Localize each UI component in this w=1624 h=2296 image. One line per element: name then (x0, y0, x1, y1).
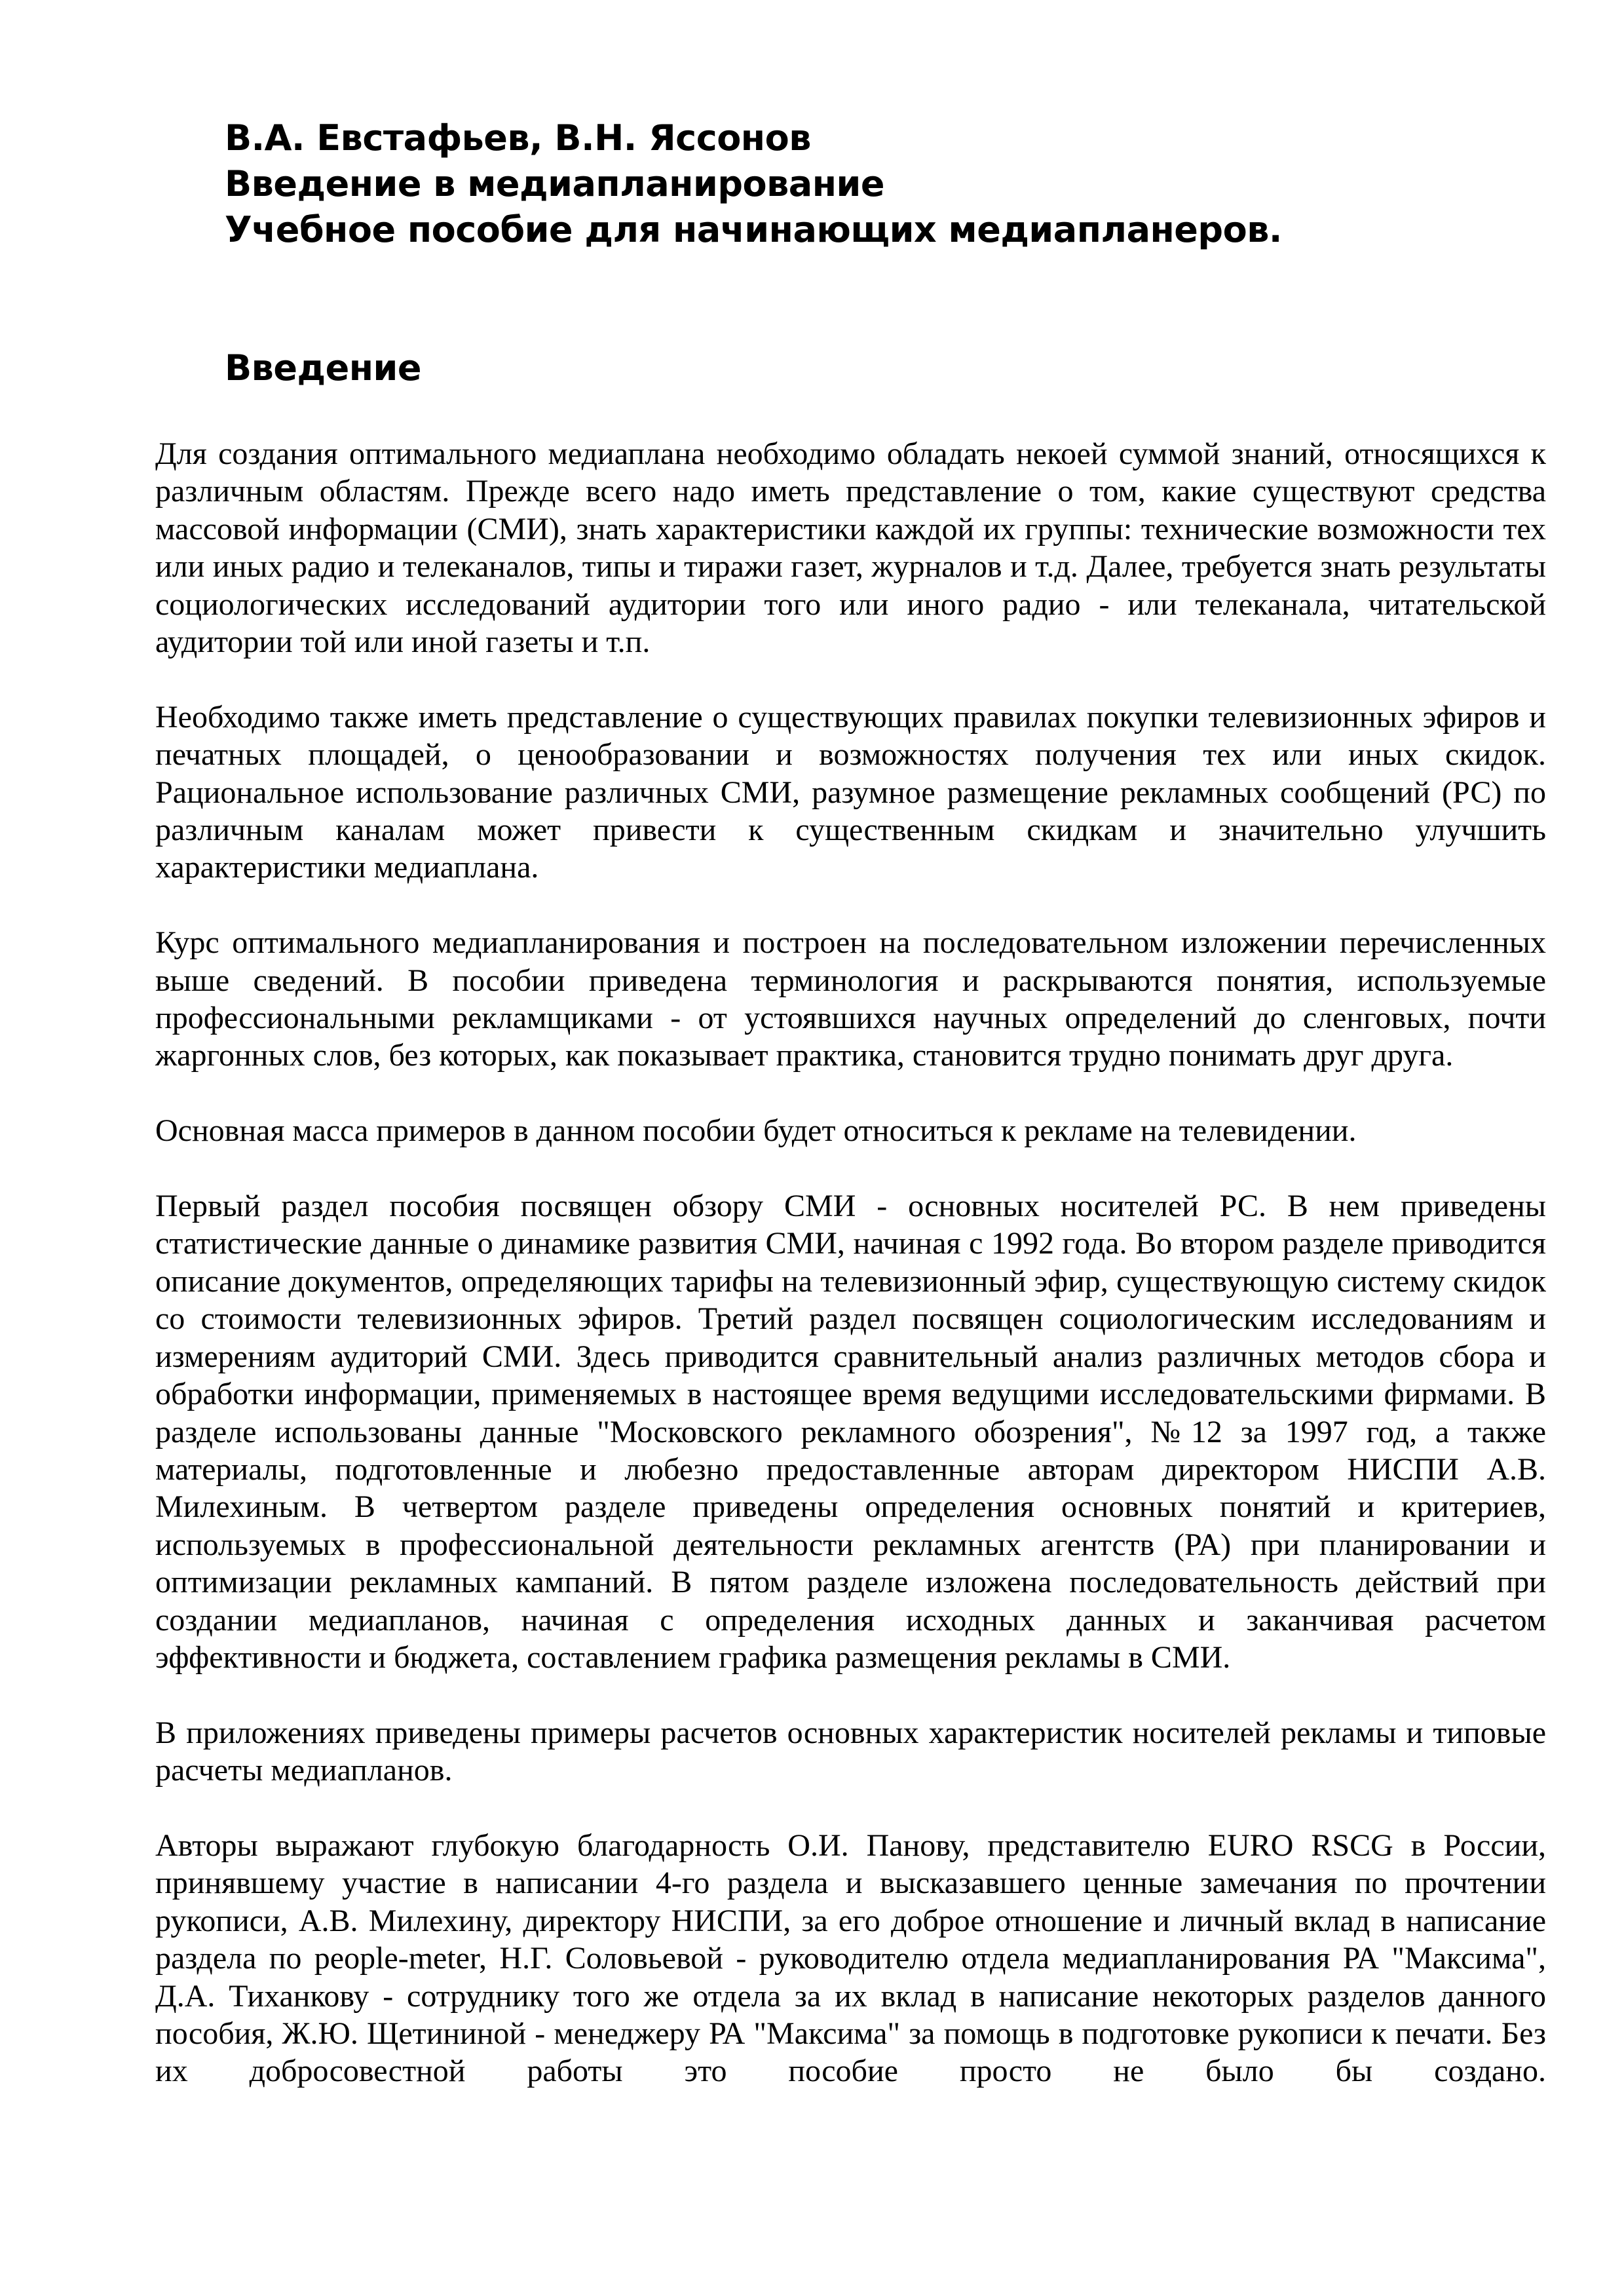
section-heading-introduction: Введение (225, 345, 421, 391)
paragraph-6: В приложениях приведены примеры расчетов… (155, 1714, 1546, 1789)
paragraph-3: Курс оптимального медиапланирования и по… (155, 924, 1546, 1075)
paragraph-5: Первый раздел пособия посвящен обзору СМ… (155, 1187, 1546, 1676)
authors-line: В.А. Евстафьев, В.Н. Яссонов (225, 115, 1282, 161)
body-text: Для создания оптимального медиаплана нео… (155, 435, 1546, 2128)
paragraph-1: Для создания оптимального медиаплана нео… (155, 435, 1546, 660)
book-title-line: Введение в медиапланирование (225, 161, 1282, 207)
paragraph-2: Необходимо также иметь представление о с… (155, 698, 1546, 887)
paragraph-4: Основная масса примеров в данном пособии… (155, 1112, 1546, 1149)
paragraph-7: Авторы выражают глубокую благодарность О… (155, 1827, 1546, 2090)
document-title-block: В.А. Евстафьев, В.Н. Яссонов Введение в … (225, 115, 1282, 253)
book-subtitle-line: Учебное пособие для начинающих медиаплан… (225, 207, 1282, 253)
document-page: В.А. Евстафьев, В.Н. Яссонов Введение в … (0, 0, 1624, 2296)
